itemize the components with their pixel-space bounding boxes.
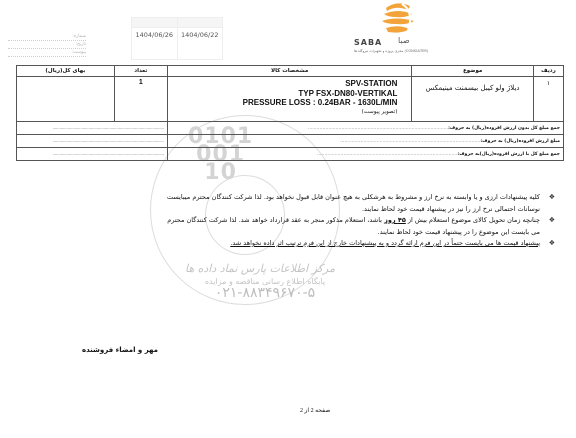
watermark-subtext: پایگاه اطلاع رسانی مناقصه و مزایده bbox=[140, 277, 390, 286]
logo-latin: SABA bbox=[354, 38, 382, 47]
header-spec: مشخصات کالا bbox=[167, 66, 411, 77]
total-digits-field[interactable]: ........................................… bbox=[17, 148, 168, 161]
issue-date: 1404/06/22 bbox=[178, 28, 223, 39]
item-subject: دیلاژ ولو کیبل بیسمنت مینیمکس bbox=[412, 77, 534, 122]
subtotal-words-field[interactable]: جمع مبلغ کل بدون ارزش افزوده(ریال) به حر… bbox=[167, 122, 563, 135]
header-quantity: تعداد bbox=[114, 66, 167, 77]
date-box: 1404/06/26 1404/06/22 bbox=[131, 17, 223, 60]
spec-note: (تصویر پیوست) bbox=[172, 109, 397, 115]
diamond-bullet-icon: ❖ bbox=[549, 215, 555, 227]
spec-line: PRESSURE LOSS : 0.24BAR - 1630L/MIN bbox=[172, 98, 397, 108]
item-total-price-input[interactable] bbox=[17, 77, 115, 122]
page-number: صفحه 2 از 2 bbox=[300, 407, 330, 414]
diamond-bullet-icon: ❖ bbox=[549, 192, 555, 204]
summary-row-vat: مبلغ ارزش افزوده(ریال) به حروف:.........… bbox=[17, 135, 564, 148]
diamond-bullet-icon: ❖ bbox=[549, 238, 555, 250]
number-field-label: شماره: bbox=[8, 34, 86, 41]
saba-logo-icon bbox=[376, 2, 418, 38]
header-subject: موضوع bbox=[412, 66, 534, 77]
date-field-label: تاریخ: bbox=[8, 42, 86, 49]
note-delivery-time: ❖ چنانچه زمان تحویل کالای موضوع استعلام … bbox=[20, 215, 558, 238]
company-logo: SABA صبا مجری پروژه و تجهیزات نیروگاه ها… bbox=[348, 2, 448, 58]
spec-line: TYP FSX-DN80-VERTIKAL bbox=[172, 89, 397, 99]
item-spec: SPV-STATION TYP FSX-DN80-VERTIKAL PRESSU… bbox=[167, 77, 411, 122]
table-header-row: ردیف موضوع مشخصات کالا تعداد بهای کل(ریا… bbox=[17, 66, 564, 77]
header-total-price: بهای کل(ریال) bbox=[17, 66, 115, 77]
delivery-days-emphasis: ۴۵ روز bbox=[384, 216, 406, 224]
watermark-text: مرکز اطلاعات پارس نماد داده ها bbox=[130, 262, 390, 275]
summary-row-subtotal: جمع مبلغ کل بدون ارزش افزوده(ریال) به حر… bbox=[17, 122, 564, 135]
logo-persian: صبا bbox=[398, 36, 410, 45]
subtotal-digits-field[interactable]: ........................................… bbox=[17, 122, 168, 135]
deadline-date: 1404/06/26 bbox=[132, 28, 177, 39]
table-row: ۱ دیلاژ ولو کیبل بیسمنت مینیمکس SPV-STAT… bbox=[17, 77, 564, 122]
attachment-field-label: پیوست: bbox=[8, 50, 86, 57]
vat-words-field[interactable]: مبلغ ارزش افزوده(ریال) به حروف:.........… bbox=[167, 135, 563, 148]
note-form-requirement: ❖ پیشنهاد قیمت ها می بایست حتماً در این … bbox=[20, 238, 558, 250]
vat-digits-field[interactable]: ........................................… bbox=[17, 135, 168, 148]
header-row-number: ردیف bbox=[533, 66, 563, 77]
watermark-phone: ۰۲۱-۸۸۳۴۹۶۷۰-۵ bbox=[140, 285, 390, 301]
logo-tagline: مجری پروژه و تجهیزات نیروگاه ها (CONSULT… bbox=[354, 49, 428, 53]
items-table: ردیف موضوع مشخصات کالا تعداد بهای کل(ریا… bbox=[16, 65, 564, 161]
spec-line: SPV-STATION bbox=[172, 79, 397, 89]
item-quantity: 1 bbox=[114, 77, 167, 122]
deadline-date-column: 1404/06/26 bbox=[132, 18, 178, 59]
letter-meta-fields: شماره: تاریخ: پیوست: bbox=[8, 34, 86, 58]
terms-notes: ❖ کلیه پیشنهادات ارزی و یا وابسته به نرخ… bbox=[20, 192, 558, 250]
seller-signature-label: مهر و امضاء فروشنده bbox=[82, 346, 158, 354]
note-currency: ❖ کلیه پیشنهادات ارزی و یا وابسته به نرخ… bbox=[20, 192, 558, 215]
total-words-field[interactable]: جمع مبلغ کل با ارزش افزوده(ریال)به حروف:… bbox=[167, 148, 563, 161]
item-row-number: ۱ bbox=[533, 77, 563, 122]
issue-date-column: 1404/06/22 bbox=[178, 18, 223, 59]
summary-row-total: جمع مبلغ کل با ارزش افزوده(ریال)به حروف:… bbox=[17, 148, 564, 161]
